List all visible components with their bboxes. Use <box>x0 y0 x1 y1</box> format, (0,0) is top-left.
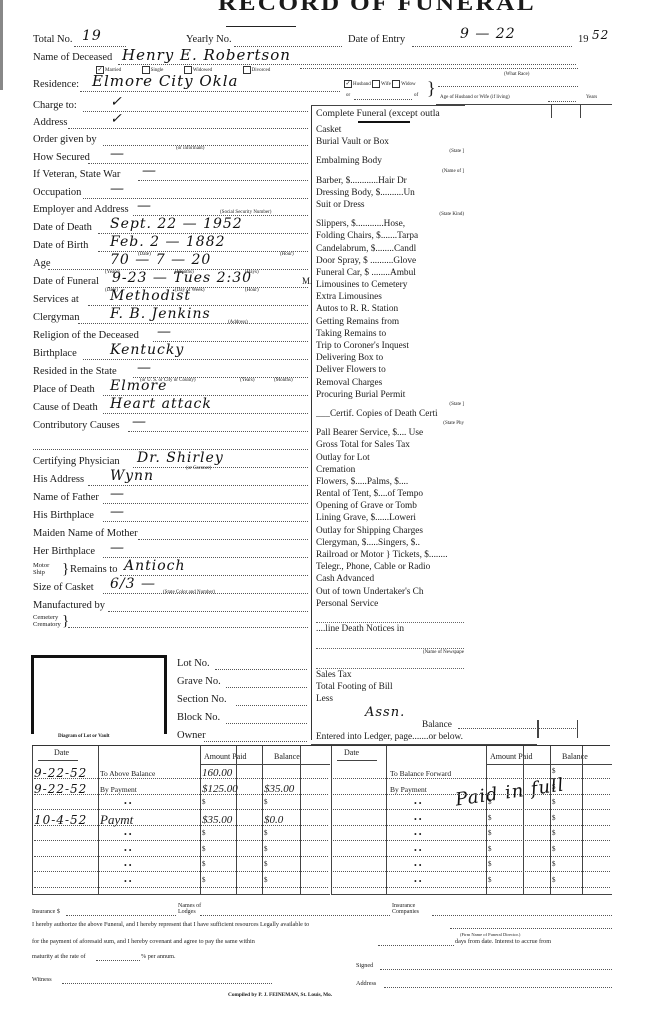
clergyman-note: (Address) <box>228 320 248 325</box>
title-underline <box>226 26 296 27</box>
charge-item[interactable]: Personal Service <box>316 598 464 610</box>
ledger-balance[interactable]: $ <box>552 860 556 868</box>
ledger-bullet: • • <box>414 861 422 870</box>
ledger-balance[interactable]: $ <box>552 829 556 837</box>
ledger-row-line[interactable] <box>333 809 610 810</box>
charge-item[interactable] <box>316 635 464 648</box>
ledger-amount[interactable]: $ <box>488 814 492 822</box>
if-veteran-state-war-line[interactable] <box>138 180 308 181</box>
companies-line[interactable] <box>432 915 612 916</box>
name-line <box>118 64 576 65</box>
charge-item[interactable]: Trip to Coroner's Inquest <box>316 340 464 352</box>
ledger-row-line[interactable] <box>34 887 328 888</box>
her-birthplace-label: Her Birthplace <box>33 546 95 557</box>
if-veteran-state-war-value[interactable]: — <box>142 163 157 179</box>
balance-label: Balance <box>422 720 452 730</box>
section-no-label: Section No. <box>177 694 227 705</box>
ledger-header-rule <box>200 764 330 765</box>
ledger-header-rule <box>38 760 78 761</box>
right-balance-header: Balance <box>562 752 588 761</box>
ledger-header-rule <box>486 764 612 765</box>
ledger-row-line[interactable] <box>333 840 610 841</box>
diagram-caption: Diagram of Lot or Vault <box>58 734 110 739</box>
ledger-column-divider <box>331 746 332 894</box>
date-of-entry-line <box>412 46 572 47</box>
charges-list: CasketBurial Vault or Box(State ]Embalmi… <box>316 124 464 705</box>
ledger-balance[interactable]: $ <box>552 783 556 791</box>
lodges-label: Names ofLodges <box>178 903 201 915</box>
occupation-value[interactable]: — <box>110 181 125 197</box>
ledger-row-line[interactable] <box>34 856 328 857</box>
ledger-amount[interactable]: $ <box>202 845 206 853</box>
ledger-amount[interactable]: $ <box>488 845 492 853</box>
maiden-name-of-mother-label: Maiden Name of Mother <box>33 528 138 539</box>
ledger-description[interactable]: Paymt <box>100 812 133 828</box>
ledger-balance[interactable]: $ <box>264 829 268 837</box>
owner-line[interactable] <box>204 741 307 742</box>
of-label: of <box>414 93 418 98</box>
resided-in-the-state-label: Resided in the State <box>33 366 117 377</box>
name-of-father-label: Name of Father <box>33 492 99 503</box>
ledger-row-line[interactable] <box>34 840 328 841</box>
authorize-text: I hereby authorize the above Funeral, an… <box>32 921 309 928</box>
address-label: Address <box>33 117 67 128</box>
charge-item[interactable]: Telegr., Phone, Cable or Radio <box>316 561 464 573</box>
ledger-description[interactable]: By Payment <box>390 785 427 794</box>
charge-note: (State ] <box>316 148 464 155</box>
page-title: RECORD OF FUNERAL <box>218 0 536 16</box>
left-date-header: Date <box>54 748 69 757</box>
date-of-death-label: Date of Death <box>33 222 92 233</box>
right-date-header: Date <box>344 748 359 757</box>
ledger-amount[interactable]: 160.00 <box>202 767 232 779</box>
cause-of-death-value[interactable]: Heart attack <box>110 396 212 412</box>
charge-item[interactable]: Candelabrum, $........Candl <box>316 243 464 255</box>
ledger-balance[interactable]: $ <box>552 876 556 884</box>
ledger-bottom-rule <box>32 894 330 895</box>
block-no-label: Block No. <box>177 712 220 723</box>
payment-text: for the payment of aforesaid sum, and I … <box>32 938 255 945</box>
date-of-funeral-value[interactable]: 9-23 — Tues 2:30 <box>112 270 252 286</box>
signed-line[interactable] <box>380 969 612 970</box>
date-of-funeral-suffix: M. <box>302 276 312 286</box>
date-of-birth-value[interactable]: Feb. 2 — 1882 <box>110 234 226 250</box>
charge-item[interactable]: Barber, $............Hair Dr <box>316 175 464 187</box>
charge-item[interactable]: Deliver Flowers to <box>316 364 464 376</box>
or-label: or <box>346 93 350 98</box>
owner-label: Owner <box>177 730 206 741</box>
ledger-column-divider <box>32 746 33 894</box>
date-of-birth-sublabel: (Hour) <box>280 252 294 257</box>
address-line[interactable] <box>384 987 612 988</box>
ledger-amount[interactable]: $ <box>488 876 492 884</box>
checkbox-wife[interactable]: Wife <box>372 82 391 87</box>
clergyman-value[interactable]: F. B. Jenkins <box>110 306 211 322</box>
ledger-bullet: • • <box>124 830 132 839</box>
relation-group: ✓Husband Wife Widow <box>344 80 416 88</box>
certifying-physician-note: (or Coroner) <box>186 466 211 471</box>
age-spouse-label: Age of Husband or Wife (if living) <box>440 95 510 100</box>
residence-value[interactable]: Elmore City Okla <box>92 72 239 90</box>
charge-item[interactable]: Door Spray, $ ..........Glove <box>316 255 464 267</box>
clergyman-label: Clergyman <box>33 312 79 323</box>
lot-no-label: Lot No. <box>177 658 210 669</box>
services-at-value[interactable]: Methodist <box>110 288 191 304</box>
ledger-header-rule <box>337 760 377 761</box>
charge-item[interactable]: Getting Remains from <box>316 316 464 328</box>
religion-of-the-deceased-value[interactable]: — <box>157 324 172 340</box>
total-no-value[interactable]: 19 <box>82 28 102 44</box>
insurance-line[interactable] <box>66 915 176 916</box>
charges-box-left-border <box>311 105 312 740</box>
total-no-label: Total No. <box>33 34 73 45</box>
ledger-bullet: • • <box>414 830 422 839</box>
charge-item[interactable]: Gross Total for Sales Tax <box>316 439 464 451</box>
ledger-balance[interactable]: $ <box>264 876 268 884</box>
ledger-balance[interactable]: $ <box>552 798 556 806</box>
how-secured-line[interactable] <box>88 163 308 164</box>
services-at-label: Services at <box>33 294 79 305</box>
race-line[interactable] <box>300 68 578 69</box>
size-of-casket-note: (State Color and Number) <box>163 590 215 595</box>
charge-item[interactable]: Outlay for Lot <box>316 452 464 464</box>
ledger-balance[interactable]: $ <box>264 798 268 806</box>
charges-header: Complete Funeral (except outla <box>316 108 440 119</box>
date-of-entry-value[interactable]: 9 — 22 <box>460 26 516 42</box>
year-prefix: 19 <box>578 34 589 45</box>
signed-label: Signed <box>356 962 373 969</box>
her-birthplace-value[interactable]: — <box>110 540 125 556</box>
ledger-amount[interactable]: $ <box>202 860 206 868</box>
residence-line <box>80 91 340 92</box>
certifying-physician-label: Certifying Physician <box>33 456 120 467</box>
ledger-bullet: • • <box>124 799 132 808</box>
charge-to-label: Charge to: <box>33 100 77 111</box>
charge-note: (Name of Newspape <box>316 649 464 656</box>
age-label: Age <box>33 258 51 269</box>
ledger-row-line[interactable] <box>333 871 610 872</box>
ledger-amount[interactable]: $35.00 <box>202 814 232 826</box>
left-amount-paid-header: Amount Paid <box>204 752 246 761</box>
religion-of-the-deceased-label: Religion of the Deceased <box>33 330 139 341</box>
spouse-name-line[interactable] <box>438 86 578 87</box>
name-of-father-value[interactable]: — <box>110 486 125 502</box>
charge-note: (State Kind) <box>316 211 464 218</box>
address-line[interactable] <box>68 128 308 129</box>
contributory-causes-line[interactable] <box>128 431 308 432</box>
place-of-death-value[interactable]: Elmore <box>110 378 167 394</box>
lot-no-line[interactable] <box>215 669 307 670</box>
cents-divider <box>537 720 539 738</box>
charge-item[interactable]: Outlay for Shipping Charges <box>316 525 464 537</box>
occupation-line[interactable] <box>83 198 308 199</box>
contributory-causes-value[interactable]: — <box>132 414 147 430</box>
less-value[interactable]: Assn. <box>365 705 405 720</box>
ledger-bullet: • • <box>414 815 422 824</box>
ledger-bullet: • • <box>414 877 422 886</box>
ledger-amount[interactable]: $ <box>488 798 492 806</box>
left-balance-header: Balance <box>274 752 300 761</box>
ledger-row-line[interactable] <box>34 871 328 872</box>
size-of-casket-label: Size of Casket <box>33 582 94 593</box>
if-veteran-state-war-label: If Veteran, State War <box>33 169 120 180</box>
charges-box-top-border <box>311 105 465 106</box>
total-no-line <box>74 46 126 47</box>
remains-to-value[interactable]: Antioch <box>124 558 186 574</box>
balance-line[interactable] <box>458 728 578 729</box>
order-given-by-note: (or informant) <box>176 146 204 151</box>
maturity-text: maturity at the rate of <box>32 953 86 960</box>
block-no-line[interactable] <box>226 723 307 724</box>
order-given-by-label: Order given by <box>33 134 97 145</box>
director-line[interactable] <box>450 928 612 929</box>
remains-to-label: Remains to <box>70 564 118 575</box>
charge-item[interactable]: Burial Vault or Box <box>316 136 464 148</box>
employer-and-address-label: Employer and Address <box>33 204 129 215</box>
grave-no-line[interactable] <box>226 687 307 688</box>
ledger-entry-label: Entered into Ledger, page.......or below… <box>316 732 463 742</box>
birthplace-label: Birthplace <box>33 348 77 359</box>
name-of-deceased-label: Name of Deceased <box>33 52 112 63</box>
resided-in-the-state-sublabel: (Months) <box>274 378 293 383</box>
checkbox-husband[interactable]: ✓Husband <box>344 82 371 87</box>
place-of-death-label: Place of Death <box>33 384 95 395</box>
lodges-line[interactable] <box>200 915 390 916</box>
ledger-row-line[interactable] <box>333 794 610 795</box>
ledger-balance[interactable]: $ <box>552 845 556 853</box>
ledger-row-line[interactable] <box>34 809 328 810</box>
tick-mark <box>580 104 581 118</box>
his-birthplace-line[interactable] <box>103 521 308 522</box>
charge-item[interactable]: Railroad or Motor } Tickets, $........ <box>316 549 464 561</box>
charge-item[interactable]: ....line Death Notices in <box>316 623 464 635</box>
lot-diagram-box <box>31 655 167 734</box>
occupation-label: Occupation <box>33 187 81 198</box>
ledger-row-line[interactable] <box>333 825 610 826</box>
charge-item[interactable]: Opening of Grave or Tomb <box>316 500 464 512</box>
charge-to-value[interactable]: ✓ <box>110 94 123 110</box>
charge-item[interactable]: Total Footing of Bill <box>316 681 464 693</box>
charge-item[interactable]: Casket <box>316 124 464 136</box>
ledger-date[interactable]: 9-22-52 <box>34 782 87 796</box>
cemetery-crematory-prefix: CemeteryCrematory <box>33 615 61 628</box>
ledger-bullet: • • <box>124 846 132 855</box>
ledger-description[interactable]: To Balance Forward <box>390 769 451 778</box>
charge-item[interactable]: Funeral Car, $ ........Ambul <box>316 267 464 279</box>
percent-text: % per annum. <box>141 953 176 960</box>
ledger-balance[interactable]: $35.00 <box>264 783 294 795</box>
birthplace-value[interactable]: Kentucky <box>110 342 184 358</box>
charges-header-underline <box>358 121 410 123</box>
ledger-description[interactable]: By Payment <box>100 785 137 794</box>
charge-item[interactable]: Suit or Dress <box>316 199 464 211</box>
charge-item[interactable]: Flowers, $.....Palms, $.... <box>316 476 464 488</box>
right-amount-paid-header: Amount Paid <box>490 752 532 761</box>
charge-note: (Name of ] <box>316 168 464 175</box>
charge-item[interactable]: Delivering Box to <box>316 352 464 364</box>
ledger-date[interactable]: 10-4-52 <box>34 813 87 827</box>
charge-note: (State ] <box>316 401 464 408</box>
order-given-by-line[interactable] <box>103 145 308 146</box>
his-address-value[interactable]: Wynn <box>110 468 154 484</box>
employer-and-address-value[interactable]: — <box>137 198 152 214</box>
his-birthplace-value[interactable]: — <box>110 504 125 520</box>
ledger-row-line[interactable] <box>333 856 610 857</box>
clergyman-line[interactable] <box>78 323 308 324</box>
ledger-balance[interactable]: $ <box>552 767 556 775</box>
ledger-amount[interactable]: $ <box>202 798 206 806</box>
resided-in-the-state-value[interactable]: — <box>137 360 152 376</box>
brace: } <box>427 78 436 99</box>
brace: } <box>62 561 69 578</box>
ledger-bullet: • • <box>124 877 132 886</box>
ledger-amount[interactable]: $ <box>488 860 492 868</box>
maiden-name-of-mother-line[interactable] <box>138 539 308 540</box>
manufactured-by-label: Manufactured by <box>33 600 105 611</box>
ledger-amount[interactable]: $125.00 <box>202 783 238 795</box>
charge-item[interactable]: Out of town Undertaker's Ch <box>316 586 464 598</box>
charge-item[interactable]: Cash Advanced <box>316 573 464 585</box>
his-birthplace-label: His Birthplace <box>33 510 94 521</box>
charge-item[interactable]: Pall Bearer Service, $.... Use <box>316 427 464 439</box>
remains-to-prefix: MotorShip <box>33 563 49 576</box>
date-of-entry-label: Date of Entry <box>348 34 405 45</box>
charge-note: (State Phy <box>316 420 464 427</box>
charge-item[interactable]: Cremation <box>316 464 464 476</box>
age-value[interactable]: 70 — 7 — 20 <box>110 252 211 268</box>
charge-item[interactable]: Rental of Tent, $....of Tempo <box>316 488 464 500</box>
charge-item[interactable]: Embalming Body <box>316 155 464 167</box>
residence-label: Residence: <box>33 79 79 90</box>
date-of-death-value[interactable]: Sept. 22 — 1952 <box>110 216 243 232</box>
charge-item[interactable]: ___Certif. Copies of Death Certi <box>316 408 464 420</box>
birthplace-line[interactable] <box>83 359 308 360</box>
ledger-bullet: • • <box>124 861 132 870</box>
ledger-balance[interactable]: $0.0 <box>264 814 283 826</box>
charge-item[interactable]: Extra Limousines <box>316 291 464 303</box>
checkbox-widow[interactable]: Widow <box>392 82 416 87</box>
ledger-bottom-rule <box>331 894 612 895</box>
charge-item[interactable]: Taking Remains to <box>316 328 464 340</box>
charge-item[interactable]: Lining Grave, $......Loweri <box>316 512 464 524</box>
charge-item[interactable]: Sales Tax <box>316 669 464 681</box>
scan-edge <box>0 0 3 90</box>
days-line[interactable] <box>378 945 454 946</box>
or-line[interactable] <box>354 99 412 100</box>
year-suffix[interactable]: 52 <box>592 28 609 42</box>
ledger-row-line[interactable] <box>333 887 610 888</box>
charge-item[interactable]: Less <box>316 693 464 705</box>
companies-label: InsuranceCompanies <box>392 903 419 915</box>
resided-in-the-state-sublabel: (Years) <box>240 378 255 383</box>
footer-credit: Compiled by P. J. FEINEMAN, St. Louis, M… <box>228 992 332 998</box>
date-of-funeral-sublabel: (Hour) <box>245 288 259 293</box>
ledger-bullet: • • <box>414 846 422 855</box>
charge-item[interactable] <box>316 610 464 623</box>
charge-item[interactable]: Removal Charges <box>316 377 464 389</box>
charge-item[interactable]: Limousines to Cemetery <box>316 279 464 291</box>
charge-item[interactable]: Autos to R. R. Station <box>316 303 464 315</box>
charge-item[interactable]: Folding Chairs, $.......Tarpa <box>316 230 464 242</box>
ledger-date[interactable]: 9-22-52 <box>34 766 87 780</box>
what-race-label: (What Race) <box>504 72 529 77</box>
tick-mark <box>551 104 552 118</box>
ledger-amount[interactable]: $ <box>202 829 206 837</box>
address-label: Address <box>356 980 376 987</box>
name-of-deceased-value[interactable]: Henry E. Robertson <box>122 46 291 64</box>
how-secured-label: How Secured <box>33 152 90 163</box>
witness-label: Witness <box>32 976 52 983</box>
ledger-balance[interactable]: $ <box>264 860 268 868</box>
date-of-funeral-label: Date of Funeral <box>33 276 99 287</box>
employer-and-address-note: (Social Security Number) <box>220 210 271 215</box>
ledger-description[interactable]: To Above Balance <box>100 769 155 778</box>
grave-no-label: Grave No. <box>177 676 221 687</box>
yearly-no-label: Yearly No. <box>186 34 232 45</box>
insurance-label: Insurance $ <box>32 909 60 915</box>
charge-item[interactable]: Dressing Body, $..........Un <box>316 187 464 199</box>
address-value[interactable]: ✓ <box>110 111 123 127</box>
how-secured-value[interactable]: — <box>110 146 125 162</box>
certifying-physician-value[interactable]: Dr. Shirley <box>137 450 224 466</box>
charge-item[interactable]: Clergyman, $.....Singers, $.. <box>316 537 464 549</box>
age-spouse-line[interactable] <box>548 101 576 102</box>
cause-of-death-label: Cause of Death <box>33 402 98 413</box>
rate-line[interactable] <box>96 960 140 961</box>
ledger-balance[interactable]: $ <box>552 814 556 822</box>
name-of-father-line[interactable] <box>103 503 308 504</box>
ledger-bullet: • • <box>414 799 422 808</box>
charge-item[interactable]: Slippers, $............Hose, <box>316 218 464 230</box>
date-of-birth-label: Date of Birth <box>33 240 88 251</box>
days-text: days from date. Interest to accrue from <box>455 938 551 945</box>
his-address-label: His Address <box>33 474 84 485</box>
manufactured-by-line[interactable] <box>108 611 308 612</box>
ledger-amount[interactable]: $ <box>202 876 206 884</box>
ledger-balance[interactable]: $ <box>264 845 268 853</box>
certifying-physician-line[interactable] <box>133 467 308 468</box>
ledger-amount[interactable]: $ <box>488 829 492 837</box>
witness-line[interactable] <box>62 983 272 984</box>
years-label: Years <box>586 95 597 100</box>
charge-item[interactable] <box>316 656 464 669</box>
charge-item[interactable]: Procuring Burial Permit <box>316 389 464 401</box>
contributory-causes-label: Contributory Causes <box>33 420 120 431</box>
size-of-casket-value[interactable]: 6/3 — <box>110 576 156 592</box>
ledger-row-line[interactable] <box>333 778 610 779</box>
director-note: (Firm Name of Funeral Director.) <box>460 932 520 937</box>
checkbox-divorced[interactable]: Divorced <box>243 68 271 73</box>
cemetery-crematory-line[interactable] <box>68 627 308 628</box>
section-no-line[interactable] <box>236 705 307 706</box>
cents-divider <box>577 720 578 738</box>
